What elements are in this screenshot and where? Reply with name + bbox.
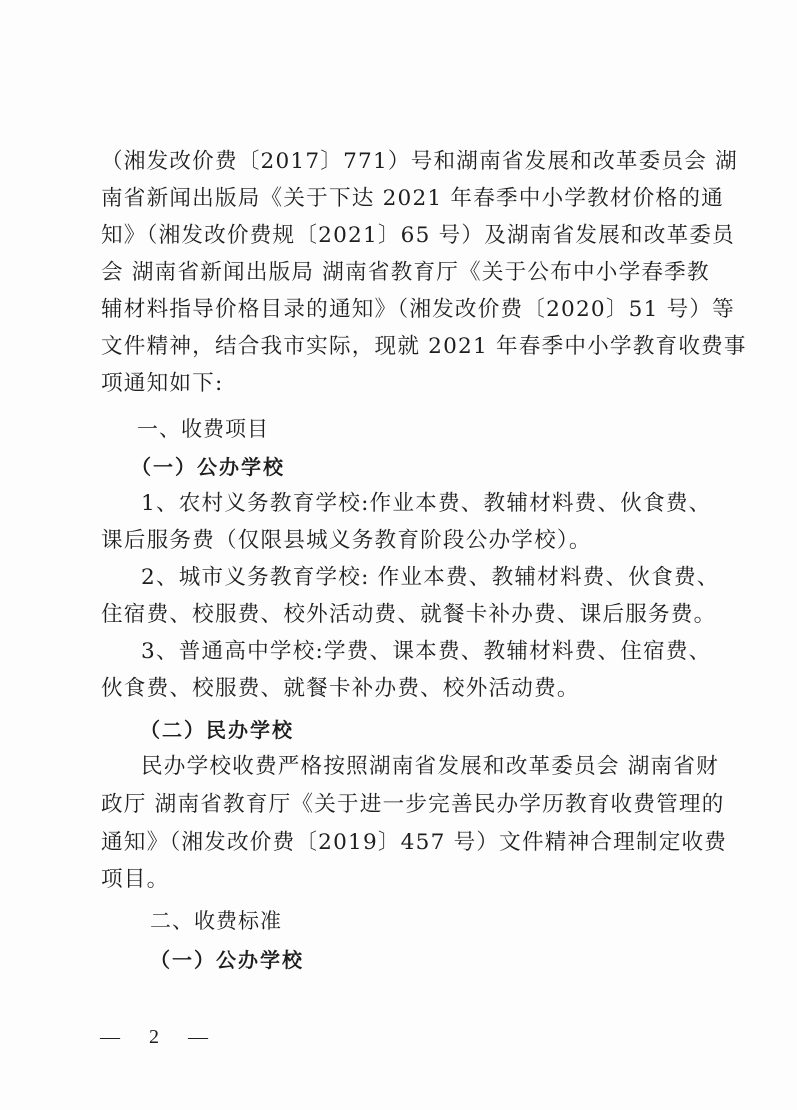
body-line: 项目。 xyxy=(101,865,687,895)
body-line: （湘发改价费〔2017〕771）号和湖南省发展和改革委员会 湖 xyxy=(101,147,687,177)
body-line: 项通知如下: xyxy=(101,369,687,399)
body-line: 知》（湘发改价费规〔2021〕65 号）及湖南省发展和改革委员 xyxy=(101,221,687,251)
list-item-line: 2、城市义务教育学校: 作业本费、教辅材料费、伙食费、 xyxy=(141,563,687,593)
subsection-heading: （一）公办学校 xyxy=(150,945,304,975)
body-line: 文件精神，结合我市实际，现就 2021 年春季中小学教育收费事 xyxy=(101,332,687,362)
list-item-line: 1、农村义务教育学校:作业本费、教辅材料费、伙食费、 xyxy=(141,489,687,519)
list-item-line: 住宿费、校服费、校外活动费、就餐卡补办费、课后服务费。 xyxy=(101,600,687,630)
subsection-heading: （二）民办学校 xyxy=(140,715,294,745)
section-heading: 一、收费项目 xyxy=(137,414,269,444)
body-line: 辅材料指导价格目录的通知》（湘发改价费〔2020〕51 号）等 xyxy=(101,295,687,325)
list-item-line: 课后服务费（仅限县城义务教育阶段公办学校）。 xyxy=(101,526,687,556)
section-heading: 二、收费标准 xyxy=(150,906,282,936)
body-line: 政厅 湖南省教育厅《关于进一步完善民办学历教育收费管理的 xyxy=(101,790,687,820)
body-line: 南省新闻出版局《关于下达 2021 年春季中小学教材价格的通 xyxy=(101,184,687,214)
subsection-heading: （一）公办学校 xyxy=(131,452,285,482)
body-line: 民办学校收费严格按照湖南省发展和改革委员会 湖南省财 xyxy=(141,752,687,782)
page-number: — 2 — xyxy=(100,1026,220,1049)
body-line: 通知》（湘发改价费〔2019〕457 号）文件精神合理制定收费 xyxy=(101,828,687,858)
body-line: 会 湖南省新闻出版局 湖南省教育厅《关于公布中小学春季教 xyxy=(101,258,687,288)
list-item-line: 3、普通高中学校:学费、课本费、教辅材料费、住宿费、 xyxy=(141,637,687,667)
list-item-line: 伙食费、校服费、就餐卡补办费、校外活动费。 xyxy=(101,674,687,704)
